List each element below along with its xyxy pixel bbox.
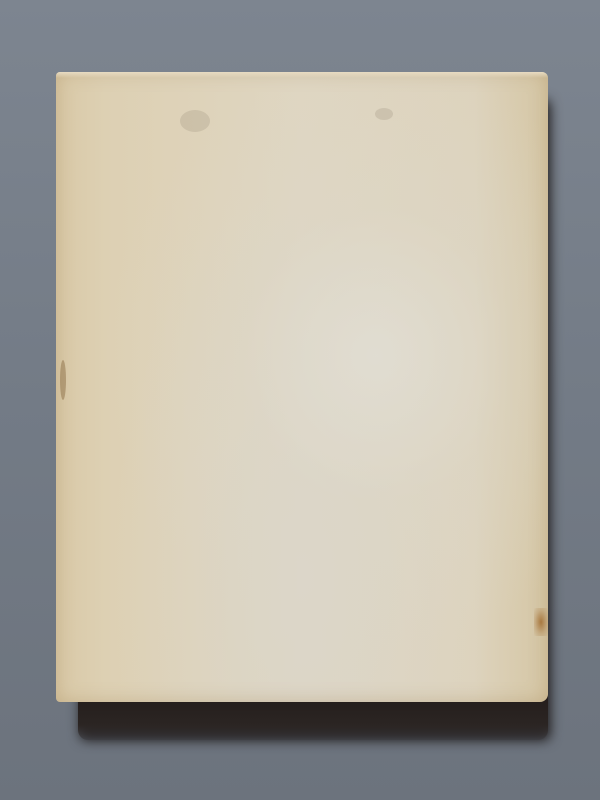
scuff-mark (60, 360, 66, 400)
cover-top-edge (56, 72, 548, 78)
scuff-mark (375, 108, 393, 120)
book-cover (56, 72, 548, 702)
stain-mark (534, 608, 548, 636)
scuff-mark (180, 110, 210, 132)
